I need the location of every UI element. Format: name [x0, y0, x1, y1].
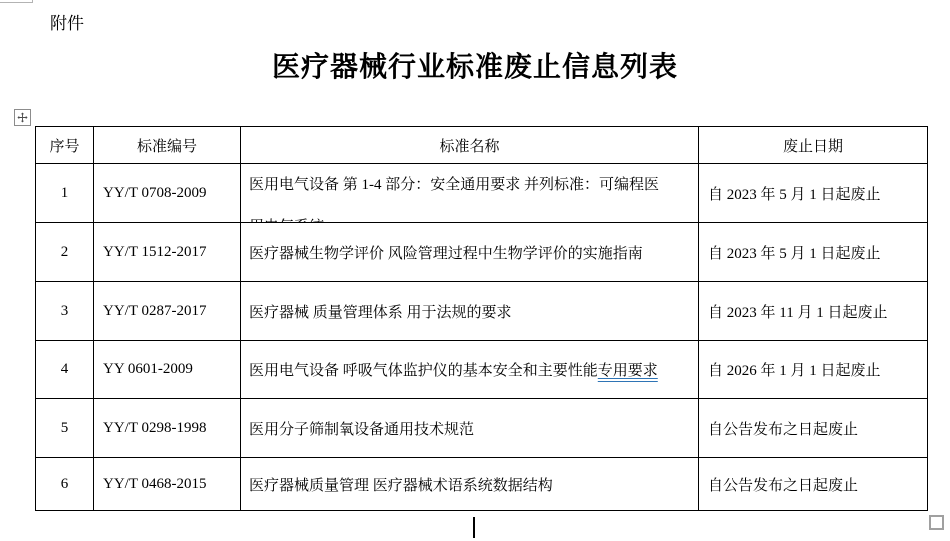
- cell-standard-name[interactable]: 医疗器械生物学评价 风险管理过程中生物学评价的实施指南: [241, 223, 699, 282]
- cell-serial-number[interactable]: 3: [36, 282, 94, 341]
- cell-standard-name[interactable]: 医用分子筛制氧设备通用技术规范: [241, 399, 699, 458]
- cell-serial-number[interactable]: 5: [36, 399, 94, 458]
- cell-serial-number[interactable]: 1: [36, 164, 94, 223]
- table-row: 5 YY/T 0298-1998 医用分子筛制氧设备通用技术规范 自公告发布之日…: [36, 399, 928, 458]
- cell-abolish-date[interactable]: 自公告发布之日起废止: [699, 458, 928, 511]
- standards-table: 序号 标准编号 标准名称 废止日期 1 YY/T 0708-2009 医用电气设…: [35, 126, 928, 511]
- header-abolish-date[interactable]: 废止日期: [699, 127, 928, 164]
- clipped-wrapped-text: 医用电气设备 第 1-4 部分：安全通用要求 并列标准：可编程医用电气系统: [249, 164, 668, 222]
- cell-standard-code[interactable]: YY/T 0298-1998: [94, 399, 241, 458]
- page-edge-artifact: [0, 0, 33, 3]
- cell-abolish-date[interactable]: 自 2023 年 11 月 1 日起废止: [699, 282, 928, 341]
- cell-abolish-date[interactable]: 自公告发布之日起废止: [699, 399, 928, 458]
- cell-serial-number[interactable]: 6: [36, 458, 94, 511]
- attachment-label: 附件: [50, 13, 84, 34]
- table-row: 1 YY/T 0708-2009 医用电气设备 第 1-4 部分：安全通用要求 …: [36, 164, 928, 223]
- cell-serial-number[interactable]: 2: [36, 223, 94, 282]
- cell-standard-name[interactable]: 医疗器械 质量管理体系 用于法规的要求: [241, 282, 699, 341]
- table-row: 6 YY/T 0468-2015 医疗器械质量管理 医疗器械术语系统数据结构 自…: [36, 458, 928, 511]
- grammar-check-underlined-text: 专用要求: [598, 363, 658, 379]
- text-insertion-cursor: [473, 517, 475, 538]
- cell-standard-code[interactable]: YY/T 0708-2009: [94, 164, 241, 223]
- cell-standard-code[interactable]: YY/T 0468-2015: [94, 458, 241, 511]
- document-page: 附件 医疗器械行业标准废止信息列表 序号 标准编号 标准名称 废止日期 1 YY…: [0, 0, 950, 541]
- cell-standard-code[interactable]: YY 0601-2009: [94, 341, 241, 399]
- cell-standard-code[interactable]: YY/T 1512-2017: [94, 223, 241, 282]
- cell-serial-number[interactable]: 4: [36, 341, 94, 399]
- table-row: 4 YY 0601-2009 医用电气设备 呼吸气体监护仪的基本安全和主要性能专…: [36, 341, 928, 399]
- cell-standard-name[interactable]: 医用电气设备 第 1-4 部分：安全通用要求 并列标准：可编程医用电气系统: [241, 164, 699, 223]
- header-standard-code[interactable]: 标准编号: [94, 127, 241, 164]
- header-standard-name[interactable]: 标准名称: [241, 127, 699, 164]
- table-header-row: 序号 标准编号 标准名称 废止日期: [36, 127, 928, 164]
- cell-abolish-date[interactable]: 自 2023 年 5 月 1 日起废止: [699, 164, 928, 223]
- header-serial-number[interactable]: 序号: [36, 127, 94, 164]
- table-row: 2 YY/T 1512-2017 医疗器械生物学评价 风险管理过程中生物学评价的…: [36, 223, 928, 282]
- move-cross-icon: [17, 112, 28, 123]
- cell-abolish-date[interactable]: 自 2023 年 5 月 1 日起废止: [699, 223, 928, 282]
- cell-abolish-date[interactable]: 自 2026 年 1 月 1 日起废止: [699, 341, 928, 399]
- table-resize-handle[interactable]: [929, 515, 944, 530]
- page-title: 医疗器械行业标准废止信息列表: [0, 45, 950, 85]
- table-move-handle[interactable]: [14, 109, 31, 126]
- table-row: 3 YY/T 0287-2017 医疗器械 质量管理体系 用于法规的要求 自 2…: [36, 282, 928, 341]
- cell-standard-name[interactable]: 医疗器械质量管理 医疗器械术语系统数据结构: [241, 458, 699, 511]
- cell-standard-name[interactable]: 医用电气设备 呼吸气体监护仪的基本安全和主要性能专用要求: [241, 341, 699, 399]
- standard-name-text: 医用电气设备 呼吸气体监护仪的基本安全和主要性能: [249, 363, 598, 379]
- cell-standard-code[interactable]: YY/T 0287-2017: [94, 282, 241, 341]
